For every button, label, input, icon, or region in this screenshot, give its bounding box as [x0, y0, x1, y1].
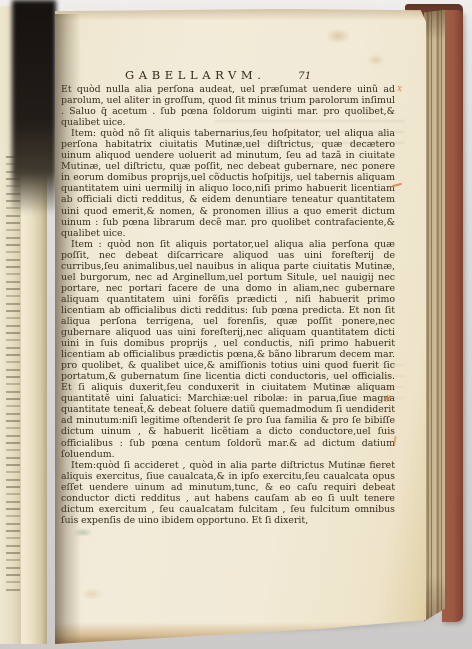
book-page: GABELLARVM. 71 Et quòd nulla alia perſon… [55, 8, 426, 644]
paragraph-1: Et quòd nulla alia perſona audeat, uel p… [61, 84, 395, 128]
page-number: 71 [298, 70, 311, 82]
stain [325, 28, 351, 44]
stain [81, 588, 103, 600]
ink-smudge [73, 528, 93, 537]
gutter-shadow-top [12, 0, 56, 215]
paragraph-4: Item:quòd ſi accideret , quòd in alia pa… [61, 460, 395, 526]
paragraph-3: Item : quòd non ſit aliquis portator,uel… [61, 239, 395, 460]
stain [367, 54, 385, 66]
book-photo: GABELLARVM. 71 Et quòd nulla alia perſon… [0, 0, 472, 649]
book-cover [442, 10, 463, 622]
text-block: Et quòd nulla alia perſona audeat, uel p… [61, 84, 395, 526]
margin-mark-x: x [396, 84, 403, 95]
running-title: GABELLARVM. [125, 68, 266, 82]
paragraph-2: Item: quòd nõ ſit aliquis tabernarius,ſe… [61, 128, 395, 238]
fore-edge-pages [424, 10, 445, 624]
page-header: GABELLARVM. 71 [55, 68, 426, 84]
facing-page-text-fragments [6, 156, 20, 592]
